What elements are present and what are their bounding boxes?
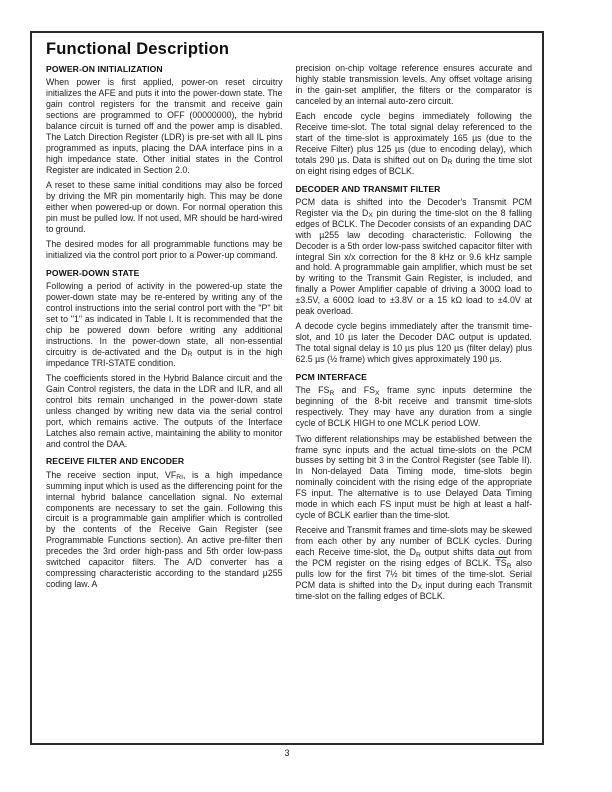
paragraph: The desired modes for all programmable f… bbox=[46, 239, 283, 261]
section-heading: POWER-ON INITIALIZATION bbox=[46, 64, 283, 75]
page-title: Functional Description bbox=[46, 40, 532, 59]
paragraph: PCM data is shifted into the Decoder's T… bbox=[296, 197, 533, 317]
paragraph: The FSR and FSX frame sync inputs determ… bbox=[296, 385, 533, 429]
paragraph: The coefficients stored in the Hybrid Ba… bbox=[46, 373, 283, 449]
paragraph: Following a period of activity in the po… bbox=[46, 281, 283, 368]
section-heading: PCM INTERFACE bbox=[296, 372, 533, 383]
paragraph: Receive and Transmit frames and time-slo… bbox=[296, 525, 533, 601]
page-number: 3 bbox=[30, 748, 544, 758]
section-heading: POWER-DOWN STATE bbox=[46, 268, 283, 279]
section-heading: RECEIVE FILTER AND ENCODER bbox=[46, 456, 283, 467]
paragraph: A decode cycle begins immediately after … bbox=[296, 321, 533, 365]
two-column-layout: POWER-ON INITIALIZATIONWhen power is fir… bbox=[46, 63, 532, 606]
paragraph: The receive section input, VFRI, is a hi… bbox=[46, 470, 283, 590]
paragraph: Each encode cycle begins immediately fol… bbox=[296, 111, 533, 176]
paragraph: Two different relationships may be estab… bbox=[296, 434, 533, 521]
section-heading: DECODER AND TRANSMIT FILTER bbox=[296, 184, 533, 195]
page-frame: Functional Description POWER-ON INITIALI… bbox=[30, 31, 544, 745]
left-column: POWER-ON INITIALIZATIONWhen power is fir… bbox=[46, 63, 283, 606]
right-column: precision on-chip voltage reference ensu… bbox=[296, 63, 533, 606]
paragraph: A reset to these same initial conditions… bbox=[46, 180, 283, 235]
paragraph: precision on-chip voltage reference ensu… bbox=[296, 63, 533, 107]
paragraph: When power is first applied, power-on re… bbox=[46, 77, 283, 175]
